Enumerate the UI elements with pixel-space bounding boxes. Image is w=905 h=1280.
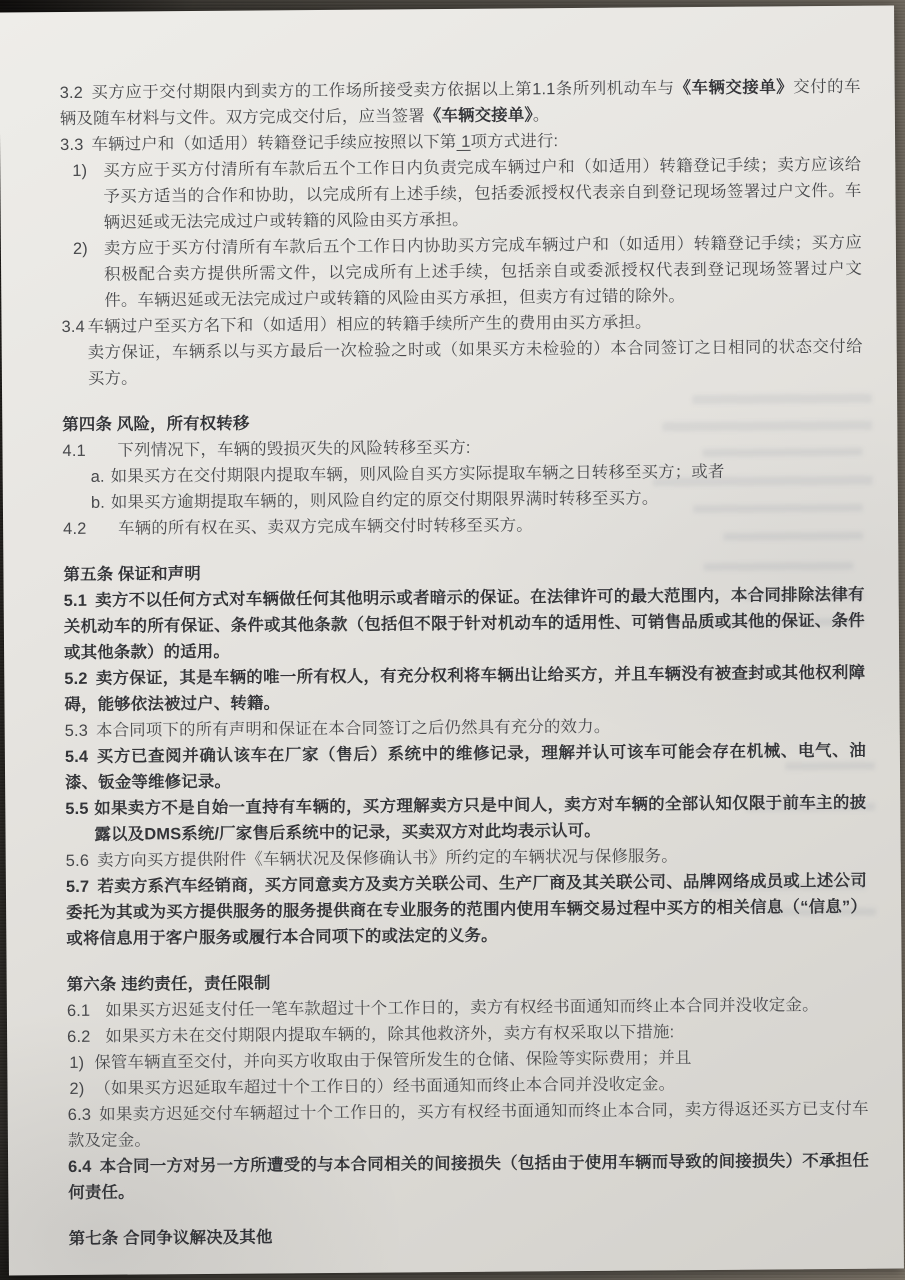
contract-paragraph: 卖方保证，车辆系以与买方最后一次检验之时或（如果买方未检验的）本合同签订之日相同… <box>62 334 863 392</box>
paragraph-text: 卖方保证，车辆系以与买方最后一次检验之时或（如果买方未检验的）本合同签订之日相同… <box>88 338 863 388</box>
paragraph-text: 如果买方逾期提取车辆的，则风险自约定的原交付期限界满时转移至买方。 <box>111 489 659 511</box>
paragraph-text: 。 <box>533 106 550 124</box>
paragraph-text: 卖方应于买方付清所有车款后五个工作日内协助买方完成车辆过户和（如适用）转籍登记手… <box>104 234 862 310</box>
paragraph-text: 保管车辆直至交付，并向买方收取由于保管所发生的仓储、保险等实际费用；并且 <box>94 1049 691 1072</box>
paragraph-label: 5.6 <box>66 852 90 870</box>
paragraph-text: 第五条 保证和声明 <box>63 565 201 584</box>
paragraph-label: 2) <box>69 1076 84 1102</box>
paragraph-label: 5.5 <box>65 796 89 822</box>
contract-paragraph: 2)卖方应于买方付清所有车款后五个工作日内协助买方完成车辆过户和（如适用）转籍登… <box>61 230 863 314</box>
paragraph-label: 3.4 <box>61 314 85 340</box>
paragraph-label: 2) <box>73 236 88 262</box>
paragraph-label: 5.7 <box>66 878 90 896</box>
paragraph-label: 5.2 <box>64 670 88 688</box>
paragraph-text: 买方已查阅并确认该车在厂家（售后）系统中的维修记录，理解并认可该车可能会存在机械… <box>65 742 866 792</box>
paragraph-label: 6.2 <box>67 1028 91 1046</box>
paragraph-label: 3.2 <box>60 84 84 102</box>
contract-text: 3.2买方应于交付期限内到卖方的工作场所接受卖方依据以上第1.1条所列机动车与《… <box>60 74 870 1252</box>
paragraph-label: 6.4 <box>68 1158 92 1176</box>
paragraph-label: 6.1 <box>67 1002 91 1020</box>
paragraph-text: 本合同一方对另一方所遭受的与本合同相关的间接损失（包括由于使用车辆而导致的间接损… <box>68 1152 869 1202</box>
paragraph-text: 卖方不以任何方式对车辆做任何其他明示或者暗示的保证。在法律许可的最大范围内，本合… <box>64 586 865 662</box>
contract-page: 3.2买方应于交付期限内到卖方的工作场所接受卖方依据以上第1.1条所列机动车与《… <box>0 6 904 1276</box>
paragraph-text: 《车辆交接单》 <box>674 78 793 97</box>
contract-paragraph: 5.1卖方不以任何方式对车辆做任何其他明示或者暗示的保证。在法律许可的最大范围内… <box>64 582 866 666</box>
paragraph-text: 第七条 合同争议解决及其他 <box>69 1228 273 1248</box>
paragraph-label: 1) <box>72 158 87 184</box>
paragraph-text: 如果卖方迟延交付车辆超过十个工作日的，买方有权经书面通知而终止本合同，卖方得返还… <box>68 1100 869 1150</box>
contract-paragraph: 5.2卖方保证，其是车辆的唯一所有权人，有充分权利将车辆出让给买方，并且车辆没有… <box>64 660 865 718</box>
paragraph-text: 《车辆交接单》 <box>425 106 533 125</box>
paragraph-text: 下列情况下，车辆的毁损灭失的风险转移至买方: <box>117 439 470 460</box>
contract-paragraph: 6.3如果卖方迟延交付车辆超过十个工作日的，买方有权经书面通知而终止本合同，卖方… <box>68 1096 869 1154</box>
paragraph-label: 1) <box>69 1050 84 1076</box>
contract-paragraph: 3.2买方应于交付期限内到卖方的工作场所接受卖方依据以上第1.1条所列机动车与《… <box>60 74 861 132</box>
paragraph-text: 车辆的所有权在买、卖双方完成车辆交付时转移至买方。 <box>118 516 533 537</box>
paragraph-text: 卖方保证，其是车辆的唯一所有权人，有充分权利将车辆出让给买方，并且车辆没有被查封… <box>64 664 865 714</box>
paragraph-text: 若卖方系汽车经销商，买方同意卖方及卖方关联公司、生产厂商及其关联公司、品牌网络成… <box>66 872 867 948</box>
paragraph-text: 项方式进行: <box>470 132 558 151</box>
paragraph-label: 4.1 <box>62 438 86 464</box>
paragraph-text: 卖方向买方提供附件《车辆状况及保修确认书》所约定的车辆状况与保修服务。 <box>97 847 678 870</box>
contract-paragraph: 5.4买方已查阅并确认该车在厂家（售后）系统中的维修记录，理解并认可该车可能会存… <box>65 738 866 796</box>
paragraph-label: a. <box>91 464 105 490</box>
paragraph-text: 如果买方未在交付期限内提取车辆的，除其他救济外，卖方有权采取以下措施: <box>105 1023 674 1045</box>
paragraph-label: 5.4 <box>65 748 89 766</box>
paragraph-text: 本合同项下的所有声明和保证在本合同签订之后仍然具有充分的效力。 <box>96 718 610 740</box>
paragraph-text: 如果卖方不是自始一直持有车辆的，买方理解卖方只是中间人，卖方对车辆的全部认知仅限… <box>94 794 866 844</box>
paragraph-label: 6.3 <box>68 1106 92 1124</box>
paragraph-text: 车辆过户和（如适用）转籍登记手续应按照以下第 <box>91 133 456 154</box>
contract-paragraph: 1)买方应于买方付清所有车款后五个工作日内负责完成车辆过户和（如适用）转籍登记手… <box>60 152 862 236</box>
contract-paragraph: 4.2车辆的所有权在买、卖双方完成车辆交付时转移至买方。 <box>63 510 864 542</box>
paragraph-text: 第六条 违约责任，责任限制 <box>67 974 271 994</box>
paragraph-text: 第四条 风险，所有权转移 <box>62 415 249 434</box>
paragraph-text: 买方应于买方付清所有车款后五个工作日内负责完成车辆过户和（如适用）转籍登记手续；… <box>103 156 861 232</box>
paragraph-label: 5.1 <box>64 592 88 610</box>
contract-paragraph: 5.5如果卖方不是自始一直持有车辆的，买方理解卖方只是中间人，卖方对车辆的全部认… <box>65 790 866 848</box>
section-heading: 第七条 合同争议解决及其他 <box>69 1220 870 1252</box>
paragraph-text: 车辆过户至买方名下和（如适用）相应的转籍手续所产生的费用由买方承担。 <box>87 313 651 335</box>
paragraph-label: 4.2 <box>63 516 87 542</box>
paragraph-label: b. <box>91 490 105 516</box>
paragraph-label: 5.3 <box>65 722 89 740</box>
paragraph-text: 如果买方在交付期限内提取车辆，则风险自买方实际提取车辆之日转移至买方；或者 <box>111 463 725 486</box>
paragraph-text: 如果买方迟延支付任一笔车款超过十个工作日的，卖方有权经书面通知而终止本合同并没收… <box>105 996 819 1020</box>
paragraph-label: 3.3 <box>60 136 84 154</box>
paragraph-text: 1 <box>456 133 470 151</box>
paragraph-text: （如果买方迟延取车超过十个工作日的）经书面通知而终止本合同并没收定金。 <box>94 1075 675 1098</box>
contract-paragraph: 6.4本合同一方对另一方所遭受的与本合同相关的间接损失（包括由于使用车辆而导致的… <box>68 1148 869 1206</box>
contract-paragraph: 5.7若卖方系汽车经销商，买方同意卖方及卖方关联公司、生产厂商及其关联公司、品牌… <box>66 868 868 952</box>
paragraph-text: 买方应于交付期限内到卖方的工作场所接受卖方依据以上第1.1条所列机动车与 <box>91 79 675 102</box>
